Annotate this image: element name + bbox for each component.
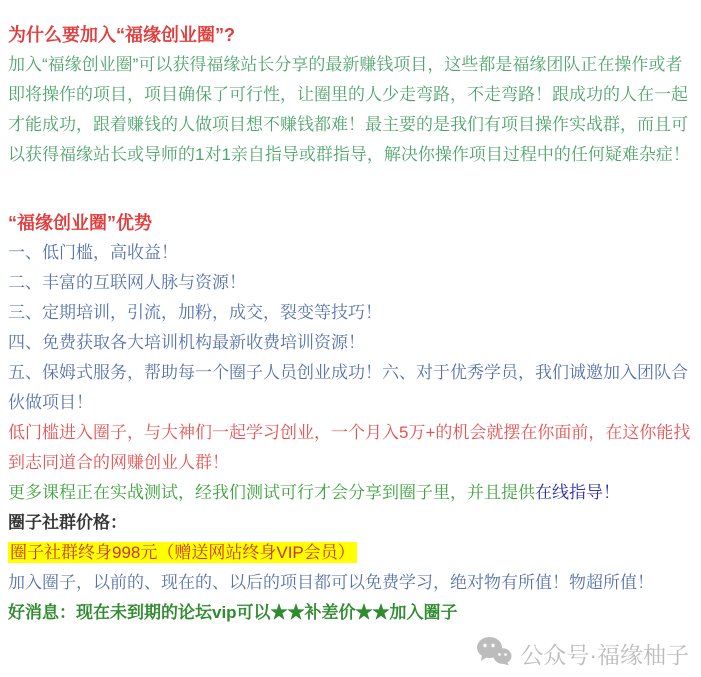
advantage-item-4: 四、免费获取各大培训机构最新收费培训资源！ bbox=[8, 328, 691, 358]
pitch-paragraph: 低门槛进入圈子，与大神们一起学习创业，一个月入5万+的机会就摆在你面前，在这你能… bbox=[8, 418, 691, 478]
advantage-item-2: 二、丰富的互联网人脉与资源！ bbox=[8, 268, 691, 298]
article-body: 为什么要加入“福缘创业圈”? 加入“福缘创业圈”可以获得福缘站长分享的最新赚钱项… bbox=[0, 0, 701, 628]
watermark-label: 公众号·福缘柚子 bbox=[520, 640, 689, 670]
heading-advantages: “福缘创业圈”优势 bbox=[8, 208, 691, 238]
join-note-line: 加入圈子，以前的、现在的、以后的项目都可以免费学习，绝对物有所值！物超所值！ bbox=[8, 568, 691, 598]
more-courses-line: 更多课程正在实战测试，经我们测试可行才会分享到圈子里，并且提供在线指导！ bbox=[8, 478, 691, 508]
wechat-icon bbox=[476, 636, 512, 673]
advantage-item-3: 三、定期培训，引流，加粉，成交，裂变等技巧！ bbox=[8, 298, 691, 328]
watermark: 公众号·福缘柚子 bbox=[476, 636, 689, 673]
intro-paragraph: 加入“福缘创业圈”可以获得福缘站长分享的最新赚钱项目，这些都是福缘团队正在操作或… bbox=[8, 50, 691, 170]
price-heading: 圈子社群价格： bbox=[8, 508, 691, 538]
advantages-list: 一、低门槛，高收益！ 二、丰富的互联网人脉与资源！ 三、定期培训，引流，加粉，成… bbox=[8, 238, 691, 418]
advantage-item-1: 一、低门槛，高收益！ bbox=[8, 238, 691, 268]
advantage-item-5: 五、保姆式服务，帮助每一个圈子人员创业成功！六、对于优秀学员，我们诚邀加入团队合… bbox=[8, 358, 691, 418]
online-guidance-link[interactable]: 在线指导！ bbox=[535, 483, 620, 502]
heading-why-join: 为什么要加入“福缘创业圈”? bbox=[8, 20, 691, 50]
more-courses-text: 更多课程正在实战测试，经我们测试可行才会分享到圈子里，并且提供 bbox=[8, 483, 535, 502]
good-news-line: 好消息：现在未到期的论坛vip可以★★补差价★★加入圈子 bbox=[8, 598, 691, 628]
price-highlight: 圈子社群终身998元（赠送网站终身VIP会员） bbox=[8, 542, 357, 563]
price-line: 圈子社群终身998元（赠送网站终身VIP会员） bbox=[8, 538, 691, 568]
